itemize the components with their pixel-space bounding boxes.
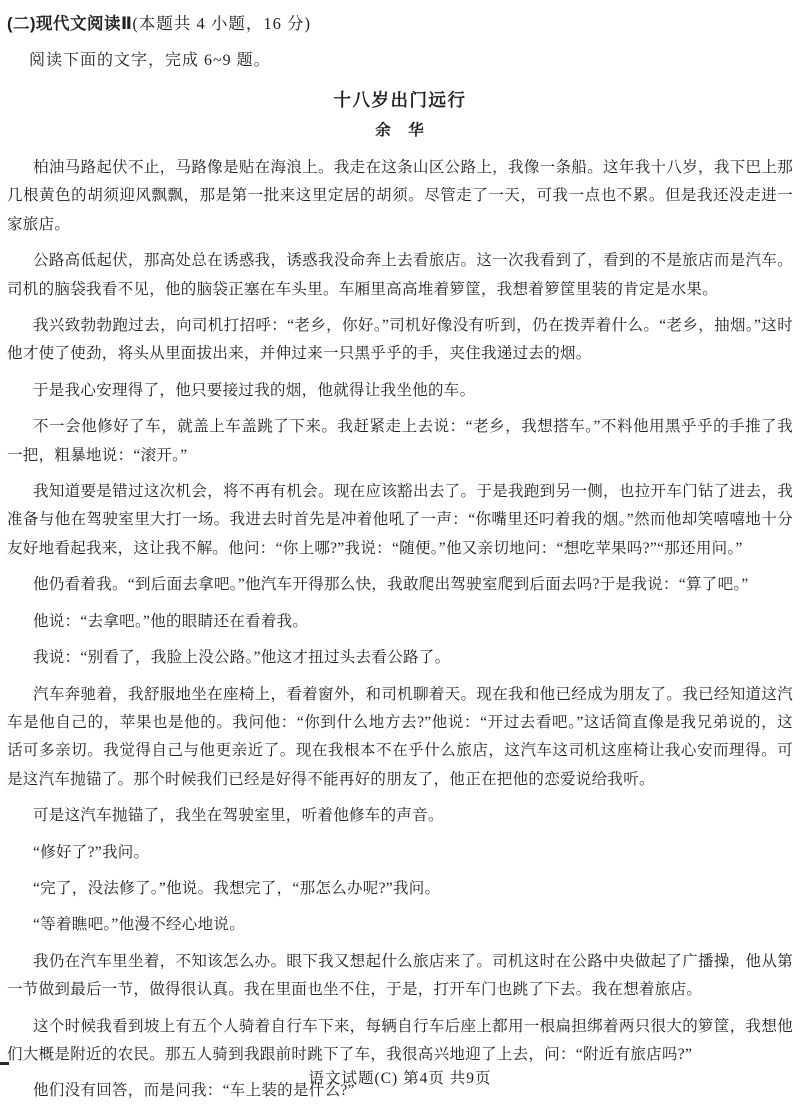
passage-paragraph-8: 他说：“去拿吧。”他的眼睛还在看着我。: [7, 608, 793, 636]
passage-paragraph-9: 我说：“别看了，我脸上没公路。”他这才扭过头去看公路了。: [7, 644, 793, 672]
passage-paragraph-1: 柏油马路起伏不止，马路像是贴在海浪上。我走在这条山区公路上，我像一条船。这年我十…: [7, 154, 793, 239]
page-footer: 语文试题(C) 第4页 共9页: [0, 1066, 800, 1088]
reading-instruction: 阅读下面的文字，完成 6~9 题。: [29, 50, 793, 72]
passage-paragraph-5: 不一会他修好了车，就盖上车盖跳了下来。我赶紧走上去说：“老乡，我想搭车。”不料他…: [7, 413, 793, 470]
passage-paragraph-2: 公路高低起伏，那高处总在诱惑我，诱惑我没命奔上去看旅店。这一次我看到了，看到的不…: [7, 247, 793, 304]
passage-paragraph-11: 可是这汽车抛锚了，我坐在驾驶室里，听着他修车的声音。: [7, 802, 793, 830]
passage-paragraph-7: 他仍看着我。“到后面去拿吧。”他汽车开得那么快，我敢爬出驾驶室爬到后面去吗?于是…: [7, 571, 793, 599]
passage-paragraph-15: 我仍在汽车里坐着，不知该怎么办。眼下我又想起什么旅店来了。司机这时在公路中央做起…: [7, 948, 793, 1005]
left-margin-scan-mark: [0, 1062, 9, 1065]
section-heading: (二)现代文阅读Ⅱ(本题共 4 小题，16 分): [7, 13, 793, 35]
passage-paragraph-13: “完了，没法修了。”他说。我想完了，“那怎么办呢?”我问。: [7, 875, 793, 903]
exam-page: (二)现代文阅读Ⅱ(本题共 4 小题，16 分) 阅读下面的文字，完成 6~9 …: [0, 0, 800, 1113]
passage-paragraph-3: 我兴致勃勃跑过去，向司机打招呼：“老乡，你好。”司机好像没有听到，仍在拨弄着什么…: [7, 312, 793, 369]
passage-paragraph-16: 这个时候我看到坡上有五个人骑着自行车下来，每辆自行车后座上都用一根扁担绑着两只很…: [7, 1013, 793, 1070]
passage-paragraph-12: “修好了?”我问。: [7, 839, 793, 867]
section-heading-points: (本题共 4 小题，16 分): [132, 14, 311, 33]
passage-paragraph-4: 于是我心安理得了，他只要接过我的烟，他就得让我坐他的车。: [7, 377, 793, 405]
passage-paragraph-14: “等着瞧吧。”他漫不经心地说。: [7, 911, 793, 939]
passage-author: 余 华: [7, 121, 793, 141]
passage-body: 柏油马路起伏不止，马路像是贴在海浪上。我走在这条山区公路上，我像一条船。这年我十…: [7, 154, 793, 1106]
passage-paragraph-10: 汽车奔驰着，我舒服地坐在座椅上，看着窗外，和司机聊着天。现在我和他已经成为朋友了…: [7, 681, 793, 795]
passage-title: 十八岁出门远行: [7, 89, 793, 111]
passage-paragraph-6: 我知道要是错过这次机会，将不再有机会。现在应该豁出去了。于是我跑到另一侧，也拉开…: [7, 478, 793, 563]
section-heading-number: (二)现代文阅读Ⅱ: [7, 15, 132, 33]
